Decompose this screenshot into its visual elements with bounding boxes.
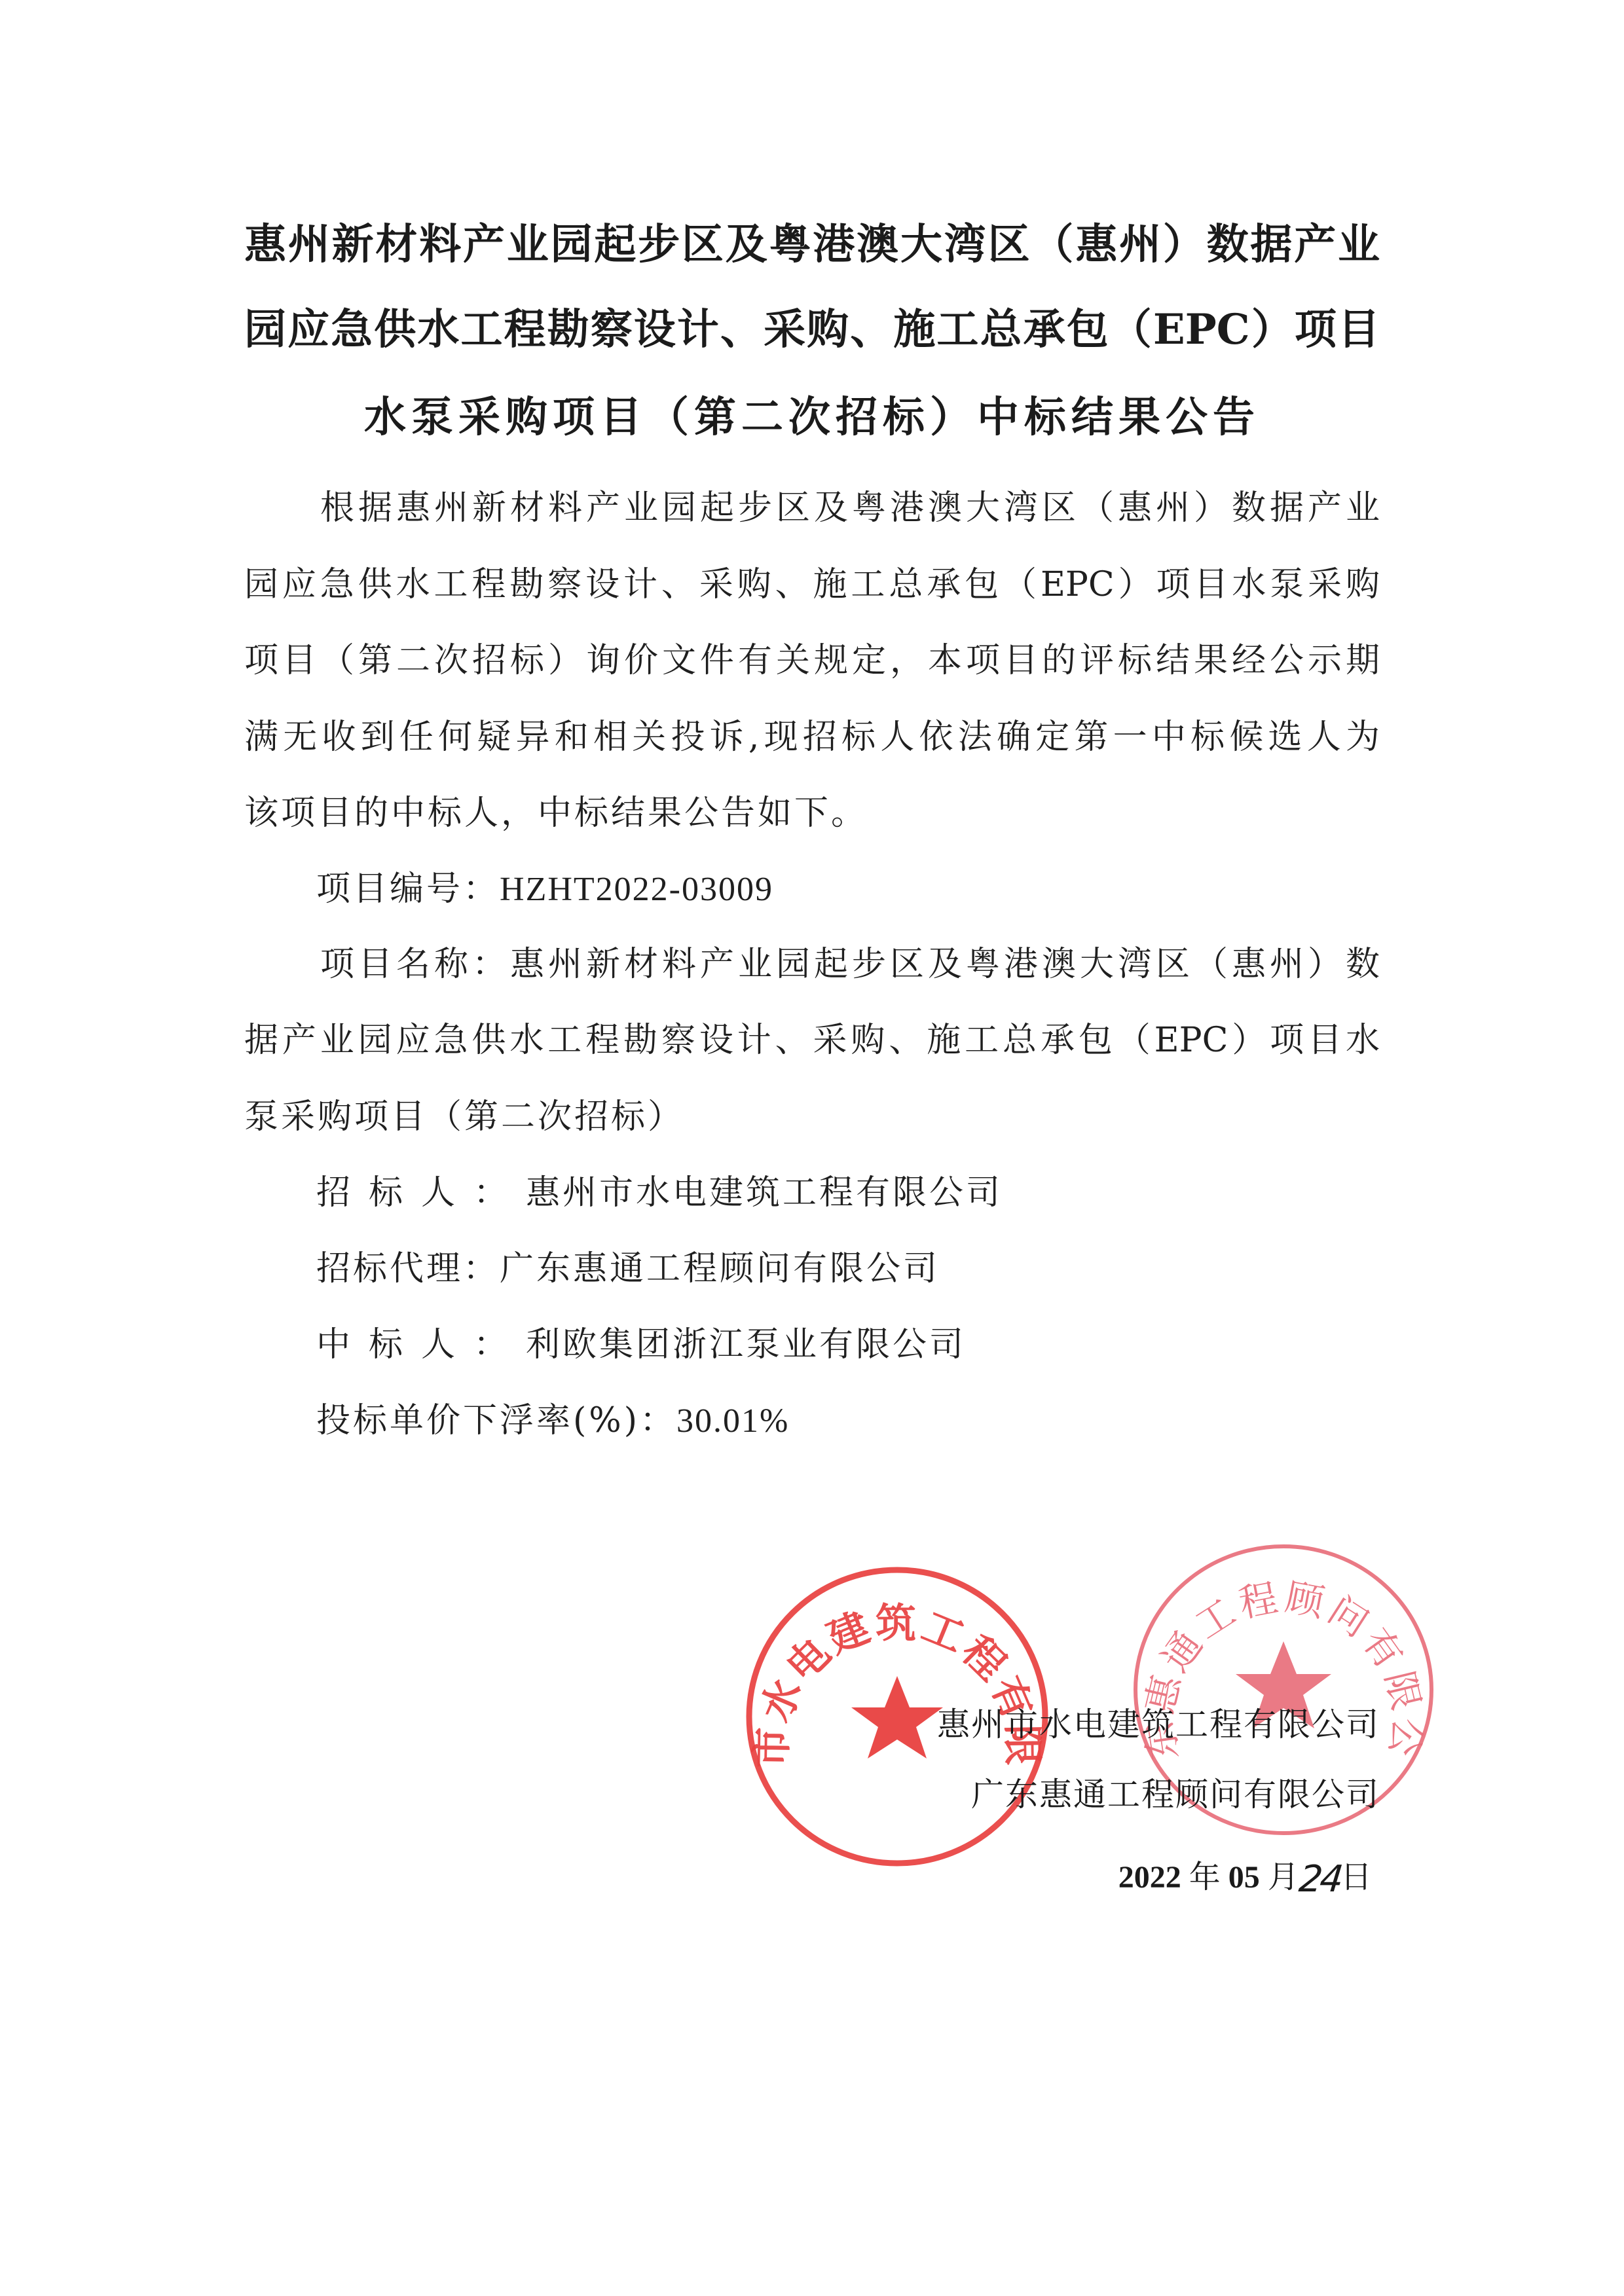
date-day-handwritten: 24 <box>1297 1861 1342 1899</box>
signature-agent: 广东惠通工程顾问有限公司 <box>971 1775 1380 1814</box>
project-name-line-2: 据产业园应急供水工程勘察设计、采购、施工总承包（EPC）项目水 <box>244 1019 1380 1061</box>
intro-line-1: 根据惠州新材料产业园起步区及粤港澳大湾区（惠州）数据产业 <box>320 487 1380 529</box>
tenderer-value: 惠州市水电建筑工程有限公司 <box>526 1173 1003 1212</box>
date-day-unit: 日 <box>1340 1859 1372 1895</box>
project-name-label: 项目名称： <box>320 945 510 984</box>
intro-line-4: 满无收到任何疑异和相关投诉,现招标人依法确定第一中标候选人为 <box>244 716 1380 758</box>
winner-label: 中标人： <box>316 1324 526 1366</box>
date-month-unit: 月 <box>1268 1859 1299 1895</box>
intro-line-3: 项目（第二次招标）询价文件有关规定，本项目的评标结果经公示期 <box>244 640 1380 682</box>
signature-tenderer: 惠州市水电建筑工程有限公司 <box>937 1705 1380 1744</box>
announcement-date: 2022 年 05 月24日 <box>1118 1857 1372 1897</box>
project-number-label: 项目编号： <box>316 868 500 910</box>
project-name-row: 项目名称：惠州新材料产业园起步区及粤港澳大湾区（惠州）数 <box>320 943 1380 985</box>
project-name-line-1: 惠州新材料产业园起步区及粤港澳大湾区（惠州）数 <box>510 945 1380 984</box>
intro-line-2: 园应急供水工程勘察设计、采购、施工总承包（EPC）项目水泵采购 <box>244 564 1380 606</box>
discount-rate-row: 投标单价下浮率(%)：30.01% <box>316 1400 789 1442</box>
title-line-3: 水泵采购项目（第二次招标）中标结果公告 <box>244 393 1380 443</box>
agent-row: 招标代理：广东惠通工程顾问有限公司 <box>316 1248 940 1290</box>
tenderer-row: 招标人：惠州市水电建筑工程有限公司 <box>316 1172 1003 1214</box>
title-line-1: 惠州新材料产业园起步区及粤港澳大湾区（惠州）数据产业 <box>244 220 1380 270</box>
discount-rate-label: 投标单价下浮率(%)： <box>316 1400 676 1442</box>
title-line-2: 园应急供水工程勘察设计、采购、施工总承包（EPC）项目 <box>244 305 1380 355</box>
date-year: 2022 <box>1118 1860 1181 1895</box>
project-name-line-3: 泵采购项目（第二次招标） <box>244 1096 1380 1138</box>
document-page: 惠州新材料产业园起步区及粤港澳大湾区（惠州）数据产业 园应急供水工程勘察设计、采… <box>0 0 1624 2296</box>
winner-value: 利欧集团浙江泵业有限公司 <box>526 1325 966 1364</box>
project-number-row: 项目编号：HZHT2022-03009 <box>316 868 773 911</box>
agent-label: 招标代理： <box>316 1248 500 1290</box>
discount-rate-value: 30.01% <box>676 1402 789 1440</box>
intro-line-5: 该项目的中标人，中标结果公告如下。 <box>244 792 1380 834</box>
date-year-unit: 年 <box>1189 1859 1221 1895</box>
tenderer-label: 招标人： <box>316 1172 526 1214</box>
date-month: 05 <box>1228 1860 1260 1895</box>
project-number-value: HZHT2022-03009 <box>500 871 773 908</box>
winner-row: 中标人：利欧集团浙江泵业有限公司 <box>316 1324 966 1366</box>
agent-value: 广东惠通工程顾问有限公司 <box>500 1249 940 1288</box>
